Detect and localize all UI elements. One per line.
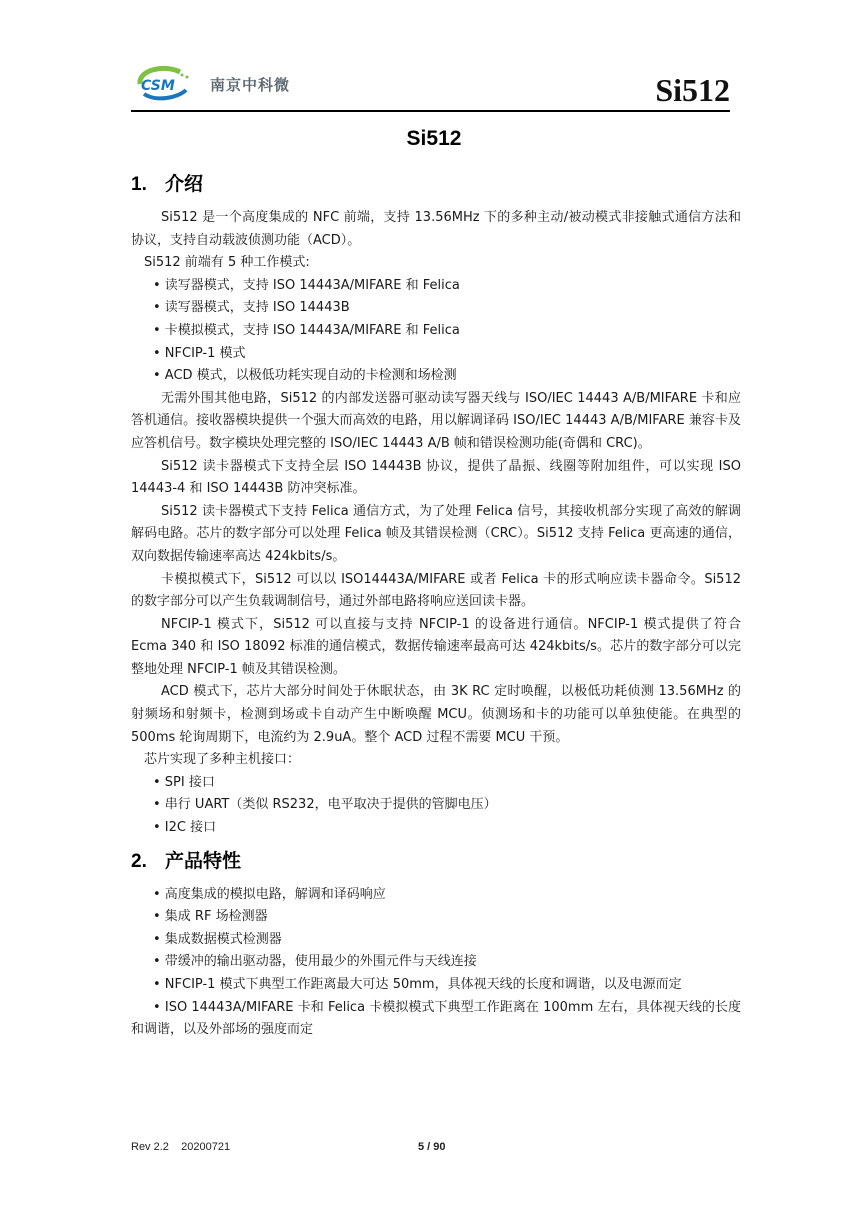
body-paragraph: Si512 读卡器模式下支持 Felica 通信方式，为了处理 Felica 信… (131, 501, 741, 569)
body-paragraph: 无需外围其他电路，Si512 的内部发送器可驱动读写器天线与 ISO/IEC 1… (131, 388, 741, 456)
revision-label: Rev 2.2 20200721 (131, 1141, 230, 1153)
body-paragraph: Si512 读卡器模式下支持全层 ISO 14443B 协议，提供了晶振、线圈等… (131, 456, 741, 501)
doc-code: Si512 (655, 72, 730, 109)
interface-item: • 串行 UART（类似 RS232，电平取决于提供的管脚电压） (131, 794, 741, 817)
svg-text:CSM: CSM (141, 78, 175, 94)
interface-item: • I2C 接口 (131, 817, 741, 840)
section-heading-intro: 1.介绍 (131, 168, 741, 201)
mode-item: • 读写器模式，支持 ISO 14443A/MIFARE 和 Felica (131, 275, 741, 298)
body-paragraph: 卡模拟模式下，Si512 可以以 ISO14443A/MIFARE 或者 Fel… (131, 569, 741, 614)
mode-item: • 读写器模式，支持 ISO 14443B (131, 297, 741, 320)
section-heading-features: 2.产品特性 (131, 845, 741, 878)
feature-item: • 带缓冲的输出驱动器，使用最少的外围元件与天线连接 (131, 951, 741, 974)
mode-item: • ACD 模式，以极低功耗实现自动的卡检测和场检测 (131, 365, 741, 388)
body-paragraph: NFCIP-1 模式下，Si512 可以直接与支持 NFCIP-1 的设备进行通… (131, 614, 741, 682)
interface-item: • SPI 接口 (131, 772, 741, 795)
feature-item: • 高度集成的模拟电路，解调和译码响应 (131, 884, 741, 907)
page-header: CSM 南京中科微 Si512 (130, 58, 730, 110)
feature-item: • 集成数据模式检测器 (131, 929, 741, 952)
feature-item: • NFCIP-1 模式下典型工作距离最大可达 50mm，具体视天线的长度和调谐… (131, 974, 741, 997)
company-name: 南京中科微 (210, 74, 290, 95)
body-paragraph: ACD 模式下，芯片大部分时间处于休眠状态，由 3K RC 定时唤醒，以极低功耗… (131, 681, 741, 749)
feature-item: • 集成 RF 场检测器 (131, 906, 741, 929)
document-title: Si512 (0, 127, 868, 151)
feature-item: • ISO 14443A/MIFARE 卡和 Felica 卡模拟模式下典型工作… (131, 997, 741, 1042)
mode-item: • 卡模拟模式，支持 ISO 14443A/MIFARE 和 Felica (131, 320, 741, 343)
intro-paragraph: Si512 是一个高度集成的 NFC 前端，支持 13.56MHz 下的多种主动… (131, 207, 741, 252)
mode-item: • NFCIP-1 模式 (131, 343, 741, 366)
document-page: CSM 南京中科微 Si512 Si512 1.介绍 Si512 是一个高度集成… (0, 0, 868, 1228)
document-body: 1.介绍 Si512 是一个高度集成的 NFC 前端，支持 13.56MHz 下… (131, 168, 741, 1042)
modes-lead: Si512 前端有 5 种工作模式: (131, 252, 741, 275)
csm-logo-icon: CSM (134, 62, 194, 102)
header-divider (131, 110, 730, 112)
page-number: 5 / 90 (418, 1141, 446, 1153)
interfaces-lead: 芯片实现了多种主机接口： (131, 749, 741, 772)
